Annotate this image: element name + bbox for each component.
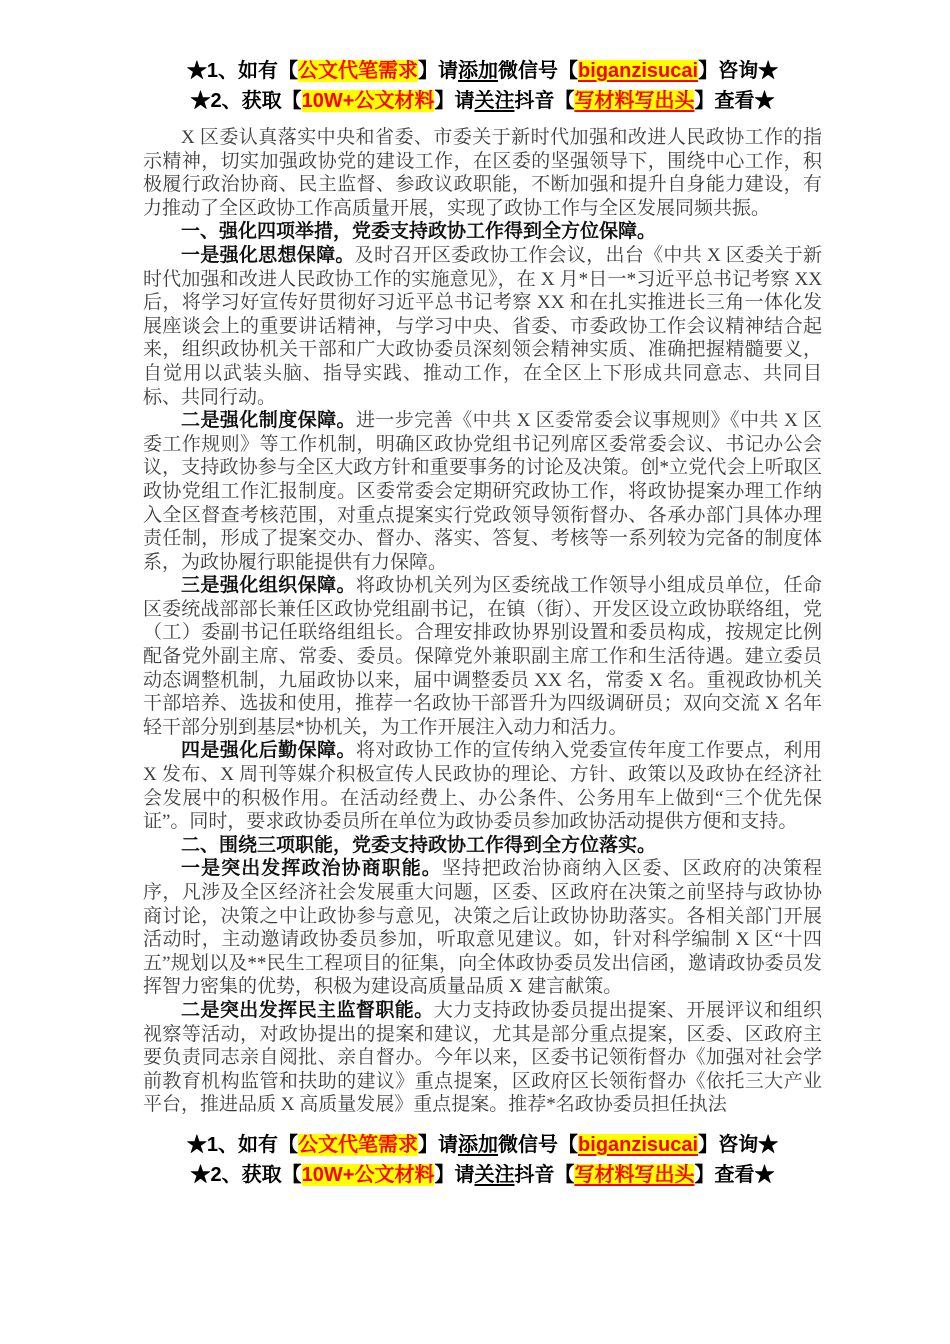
promo-footer: ★1、如有【公文代笔需求】请添加微信号【biganzisucai】咨询★ ★2、… [143, 1130, 822, 1190]
promo-highlight-service: 公文代笔需求 [298, 1134, 418, 1156]
paragraph-supervision: 二是突出发挥民主监督职能。大力支持政协委员提出提案、开展评议和组织视察等活动，对… [143, 999, 822, 1117]
paragraph-lead: 四是强化后勤保障。 [181, 740, 356, 761]
paragraph-system: 二是强化制度保障。进一步完善《中共 X 区委常委会议事规则》《中共 X 区委工作… [143, 409, 822, 574]
wechat-id: biganzisucai [578, 1134, 698, 1156]
promo-highlight-material: 10W+公文材料 [302, 90, 435, 112]
paragraph-organization: 三是强化组织保障。将政协机关列为区委统战工作领导小组成员单位，任命区委统战部部长… [143, 574, 822, 739]
promo-text: 】查看★ [694, 1164, 774, 1186]
paragraph-text: 及时召开区委政协工作会议，出台《中共 X 区委关于新时代加强和改进人民政协工作的… [143, 245, 822, 408]
promo-highlight-material: 10W+公文材料 [302, 1164, 435, 1186]
paragraph-consultation: 一是突出发挥政治协商职能。坚持把政治协商纳入区委、区政府的决策程序，凡涉及全区经… [143, 857, 822, 999]
paragraph-lead: 一是突出发挥政治协商职能。 [181, 858, 442, 879]
promo-text: 抖音【 [514, 1164, 574, 1186]
paragraph-text: X 区委认真落实中央和省委、市委关于新时代加强和改进人民政协工作的指示精神，切实… [143, 127, 822, 219]
promo-text: 微信号【 [498, 1134, 578, 1156]
promo-text: ★2、获取【 [191, 90, 302, 112]
promo-text: ★1、如有【 [187, 60, 298, 82]
paragraph-ideology: 一是强化思想保障。及时召开区委政协工作会议，出台《中共 X 区委关于新时代加强和… [143, 244, 822, 409]
paragraph-intro: X 区委认真落实中央和省委、市委关于新时代加强和改进人民政协工作的指示精神，切实… [143, 126, 822, 220]
promo-header-line-1: ★1、如有【公文代笔需求】请添加微信号【biganzisucai】咨询★ [143, 56, 822, 86]
paragraph-lead: 二是突出发挥民主监督职能。 [181, 1000, 434, 1021]
promo-footer-line-1: ★1、如有【公文代笔需求】请添加微信号【biganzisucai】咨询★ [143, 1130, 822, 1160]
paragraph-lead: 二是强化制度保障。 [181, 410, 356, 431]
promo-text: ★1、如有【 [187, 1134, 298, 1156]
paragraph-lead: 一是强化思想保障。 [181, 245, 355, 266]
promo-footer-line-2: ★2、获取【10W+公文材料】请关注抖音【写材料写出头】查看★ [143, 1160, 822, 1190]
douyin-account: 写材料写出头 [574, 1164, 694, 1186]
promo-text: 】请 [418, 1134, 458, 1156]
promo-text: 抖音【 [514, 90, 574, 112]
promo-highlight-service: 公文代笔需求 [298, 60, 418, 82]
document-body: X 区委认真落实中央和省委、市委关于新时代加强和改进人民政协工作的指示精神，切实… [143, 126, 822, 1117]
paragraph-text: 进一步完善《中共 X 区委常委会议事规则》《中共 X 区委工作规则》等工作机制，… [143, 410, 822, 573]
paragraph-lead: 三是强化组织保障。 [181, 575, 356, 596]
section-heading-2: 二、围绕三项职能，党委支持政协工作得到全方位落实。 [143, 834, 822, 858]
section-heading-1: 一、强化四项举措，党委支持政协工作得到全方位保障。 [143, 220, 822, 244]
heading-text: 一、强化四项举措，党委支持政协工作得到全方位保障。 [181, 221, 656, 242]
promo-text: 】查看★ [694, 90, 774, 112]
promo-underline-follow: 关注 [474, 90, 514, 112]
douyin-account: 写材料写出头 [574, 90, 694, 112]
document-page: ★1、如有【公文代笔需求】请添加微信号【biganzisucai】咨询★ ★2、… [0, 0, 950, 1344]
promo-text: 】请 [434, 1164, 474, 1186]
promo-text: ★2、获取【 [191, 1164, 302, 1186]
promo-text: 微信号【 [498, 60, 578, 82]
paragraph-logistics: 四是强化后勤保障。将对政协工作的宣传纳入党委宣传年度工作要点，利用 X 发布、X… [143, 739, 822, 833]
promo-header-line-2: ★2、获取【10W+公文材料】请关注抖音【写材料写出头】查看★ [143, 86, 822, 116]
promo-text: 】请 [434, 90, 474, 112]
promo-text: 】咨询★ [698, 1134, 778, 1156]
promo-header: ★1、如有【公文代笔需求】请添加微信号【biganzisucai】咨询★ ★2、… [143, 56, 822, 116]
promo-text: 】请 [418, 60, 458, 82]
promo-underline-add: 添加 [458, 1134, 498, 1156]
promo-text: 】咨询★ [698, 60, 778, 82]
heading-text: 二、围绕三项职能，党委支持政协工作得到全方位落实。 [181, 835, 656, 856]
wechat-id: biganzisucai [578, 60, 698, 82]
paragraph-text: 将政协机关列为区委统战工作领导小组成员单位，任命区委统战部部长兼任区政协党组副书… [143, 575, 822, 738]
promo-underline-add: 添加 [458, 60, 498, 82]
promo-underline-follow: 关注 [474, 1164, 514, 1186]
